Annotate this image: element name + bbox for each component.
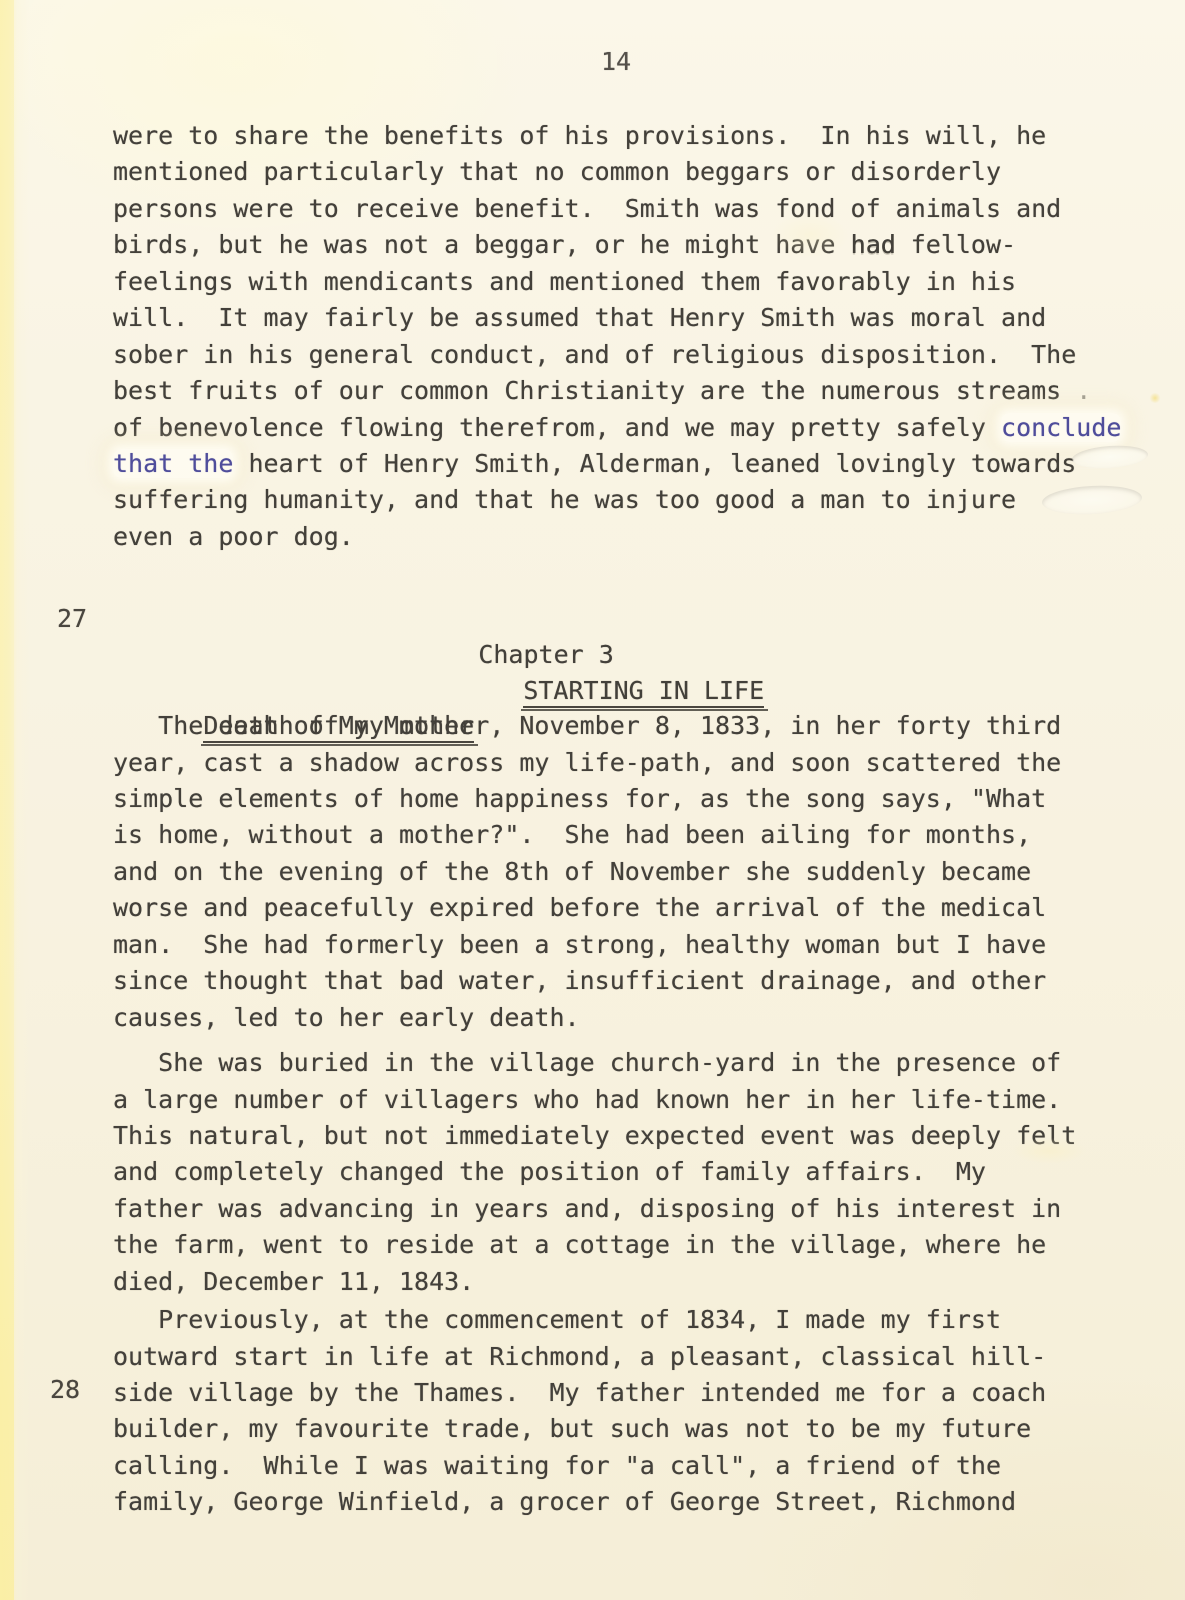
text-line: simple elements of home happiness for, a… xyxy=(113,781,1153,817)
text-line: feelings with mendicants and mentioned t… xyxy=(113,264,1153,300)
text-line: and completely changed the position of f… xyxy=(113,1154,1153,1190)
margin-number-28: 28 xyxy=(50,1372,80,1408)
text-line: and on the evening of the 8th of Novembe… xyxy=(113,854,1153,890)
text-line: birds, but he was not a beggar, or he mi… xyxy=(113,227,1153,263)
document-text-column: were to share the benefits of his provis… xyxy=(113,118,1153,1521)
text-line: causes, led to her early death. xyxy=(113,1000,1153,1036)
text-line: sober in his general conduct, and of rel… xyxy=(113,337,1153,373)
chapter-heading: Chapter 3 STARTING IN LIFE xyxy=(113,600,1153,636)
text-line: even a poor dog. xyxy=(113,519,1153,555)
text-line: will. It may fairly be assumed that Henr… xyxy=(113,300,1153,336)
blue-ink-correction: that the xyxy=(113,449,233,478)
text-line: died, December 11, 1843. xyxy=(113,1264,1153,1300)
text-line: man. She had formerly been a strong, hea… xyxy=(113,927,1153,963)
text-line: worse and peacefully expired before the … xyxy=(113,890,1153,926)
text-line: the farm, went to reside at a cottage in… xyxy=(113,1227,1153,1263)
text-line: that the heart of Henry Smith, Alderman,… xyxy=(113,446,1153,482)
chapter-label: Chapter 3 xyxy=(478,640,613,669)
text-line: is home, without a mother?". She had bee… xyxy=(113,817,1153,853)
text-line: She was buried in the village church-yar… xyxy=(113,1045,1153,1081)
blue-ink-correction: conclude xyxy=(1001,413,1121,442)
text-line: mentioned particularly that no common be… xyxy=(113,154,1153,190)
text-line: Previously, at the commencement of 1834,… xyxy=(113,1302,1153,1338)
manuscript-page: 14 27 28 were to share the benefits of h… xyxy=(0,0,1185,1600)
text-line: This natural, but not immediately expect… xyxy=(113,1118,1153,1154)
chapter-title: STARTING IN LIFE xyxy=(523,676,764,708)
text-line: of benevolence flowing therefrom, and we… xyxy=(113,410,1153,446)
paragraph-starting-out: Previously, at the commencement of 1834,… xyxy=(113,1302,1153,1521)
text-line: year, cast a shadow across my life-path,… xyxy=(113,745,1153,781)
text-line: outward start in life at Richmond, a ple… xyxy=(113,1339,1153,1375)
text-line: suffering humanity, and that he was too … xyxy=(113,482,1153,518)
text-line: father was advancing in years and, dispo… xyxy=(113,1191,1153,1227)
text-line: were to share the benefits of his provis… xyxy=(113,118,1153,154)
text-line: builder, my favourite trade, but such wa… xyxy=(113,1411,1153,1447)
margin-number-27: 27 xyxy=(57,601,87,637)
text-line: family, George Winfield, a grocer of Geo… xyxy=(113,1484,1153,1520)
text-segment: . xyxy=(1061,376,1091,405)
text-line: since thought that bad water, insufficie… xyxy=(113,963,1153,999)
subheading-text: Death of My Mother xyxy=(203,711,474,743)
text-line: calling. While I was waiting for "a call… xyxy=(113,1448,1153,1484)
text-line: persons were to receive benefit. Smith w… xyxy=(113,191,1153,227)
paragraph-burial: She was buried in the village church-yar… xyxy=(113,1045,1153,1300)
text-line: side village by the Thames. My father in… xyxy=(113,1375,1153,1411)
page-left-edge xyxy=(0,0,14,1600)
paragraph-mothers-death: The death of my mother, November 8, 1833… xyxy=(113,708,1153,1036)
text-line: best fruits of our common Christianity a… xyxy=(113,373,1153,409)
page-number: 14 xyxy=(601,44,631,80)
text-line: a large number of villagers who had know… xyxy=(113,1082,1153,1118)
paragraph-benefits: were to share the benefits of his provis… xyxy=(113,118,1153,555)
text-segment: had xyxy=(851,230,896,259)
